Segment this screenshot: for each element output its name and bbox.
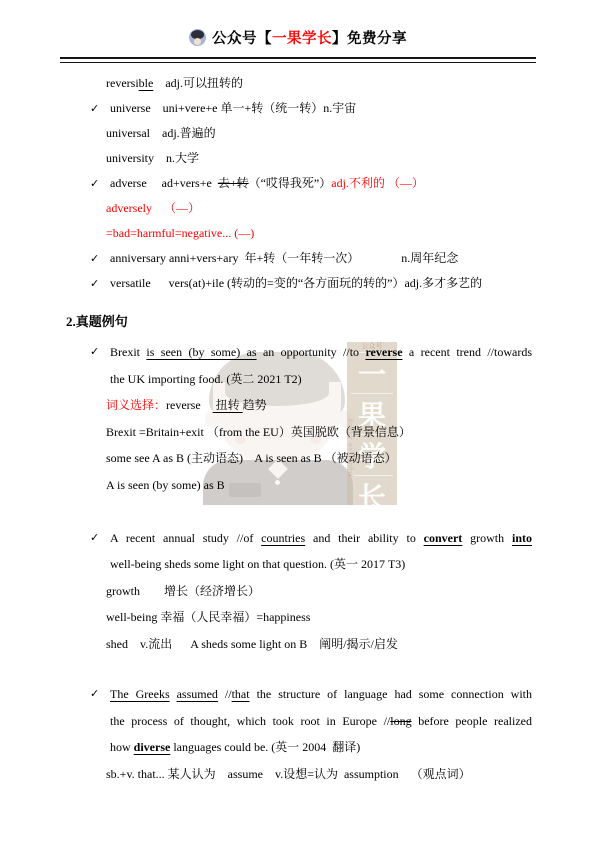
check-bullet-icon: ✓ bbox=[90, 246, 99, 271]
example-note-line: 词义选择：reverse 扭转 趋势 bbox=[66, 392, 532, 419]
vocab-note-line: =bad=harmful=negative... (—) bbox=[66, 221, 532, 246]
page-header: 公众号【一果学长】免费分享 bbox=[0, 0, 596, 50]
vocab-entry-line: ✓universe uni+vere+e 单一+转（统一转）n.宇宙 bbox=[66, 96, 532, 121]
check-bullet-icon: ✓ bbox=[90, 171, 99, 196]
header-title-prefix: 公众号【 bbox=[212, 31, 272, 47]
example-sentence-line: well-being sheds some light on that ques… bbox=[66, 551, 532, 578]
example-note-line: Brexit =Britain+exit （from the EU）英国脱欧（背… bbox=[66, 419, 532, 446]
vocab-entry-line: university n.大学 bbox=[66, 146, 532, 171]
example-note-line: sb.+v. that... 某人认为 assume v.设想=认为 assum… bbox=[66, 761, 532, 788]
vocab-section: reversible adj.可以扭转的 ✓universe uni+vere+… bbox=[66, 71, 532, 296]
example-sentence-line: the UK importing food. (英二 2021 T2) bbox=[66, 366, 532, 393]
boy-avatar-icon bbox=[189, 29, 206, 46]
vocab-note-line: adversely （—） bbox=[66, 196, 532, 221]
vocab-entry-line: reversible adj.可以扭转的 bbox=[66, 71, 532, 96]
example-sentence-line: the process of thought, which took root … bbox=[66, 708, 532, 735]
vocab-entry-line: ✓adverse ad+vers+e 去+转（“哎得我死”）adj.不利的 （—… bbox=[66, 171, 532, 196]
example-sentence-line: ✓Brexit is seen (by some) as an opportun… bbox=[66, 339, 532, 366]
vocab-entry-line: ✓versatile vers(at)+ile (转动的=变的“各方面玩的转的”… bbox=[66, 271, 532, 296]
examples-section: 2.真题例句 ✓Brexit is seen (by some) as an o… bbox=[66, 309, 532, 788]
header-title-suffix: 】免费分享 bbox=[332, 31, 407, 47]
example-note-line: A is seen (by some) as B bbox=[66, 472, 532, 499]
check-bullet-icon: ✓ bbox=[90, 96, 99, 121]
section-heading: 2.真题例句 bbox=[66, 309, 532, 336]
document-page: 公众号 一 果 学 长 yiguo xue zhang 公众号【一果学长】免费分… bbox=[0, 0, 596, 842]
check-bullet-icon: ✓ bbox=[90, 525, 99, 552]
vocab-entry-line: ✓anniversary anni+vers+ary 年+转（一年转一次） n.… bbox=[66, 246, 532, 271]
example-sentence-line: ✓A recent annual study //of countries an… bbox=[66, 525, 532, 552]
example-note-line: well-being 幸福（人民幸福）=happiness bbox=[66, 604, 532, 631]
check-bullet-icon: ✓ bbox=[90, 339, 99, 366]
check-bullet-icon: ✓ bbox=[90, 271, 99, 296]
example-note-line: shed v.流出 A sheds some light on B 阐明/揭示/… bbox=[66, 631, 532, 658]
example-sentence-line: how diverse languages could be. (英一 2004… bbox=[66, 734, 532, 761]
document-content: reversible adj.可以扭转的 ✓universe uni+vere+… bbox=[0, 63, 596, 788]
example-note-line: some see A as B (主动语态) A is seen as B （被… bbox=[66, 445, 532, 472]
vocab-entry-line: universal adj.普遍的 bbox=[66, 121, 532, 146]
header-title-highlight: 一果学长 bbox=[272, 31, 332, 47]
example-sentence-line: ✓The Greeks assumed //that the structure… bbox=[66, 681, 532, 708]
header-title: 公众号【一果学长】免费分享 bbox=[212, 27, 407, 48]
check-bullet-icon: ✓ bbox=[90, 681, 99, 708]
example-note-line: growth 增长（经济增长） bbox=[66, 578, 532, 605]
